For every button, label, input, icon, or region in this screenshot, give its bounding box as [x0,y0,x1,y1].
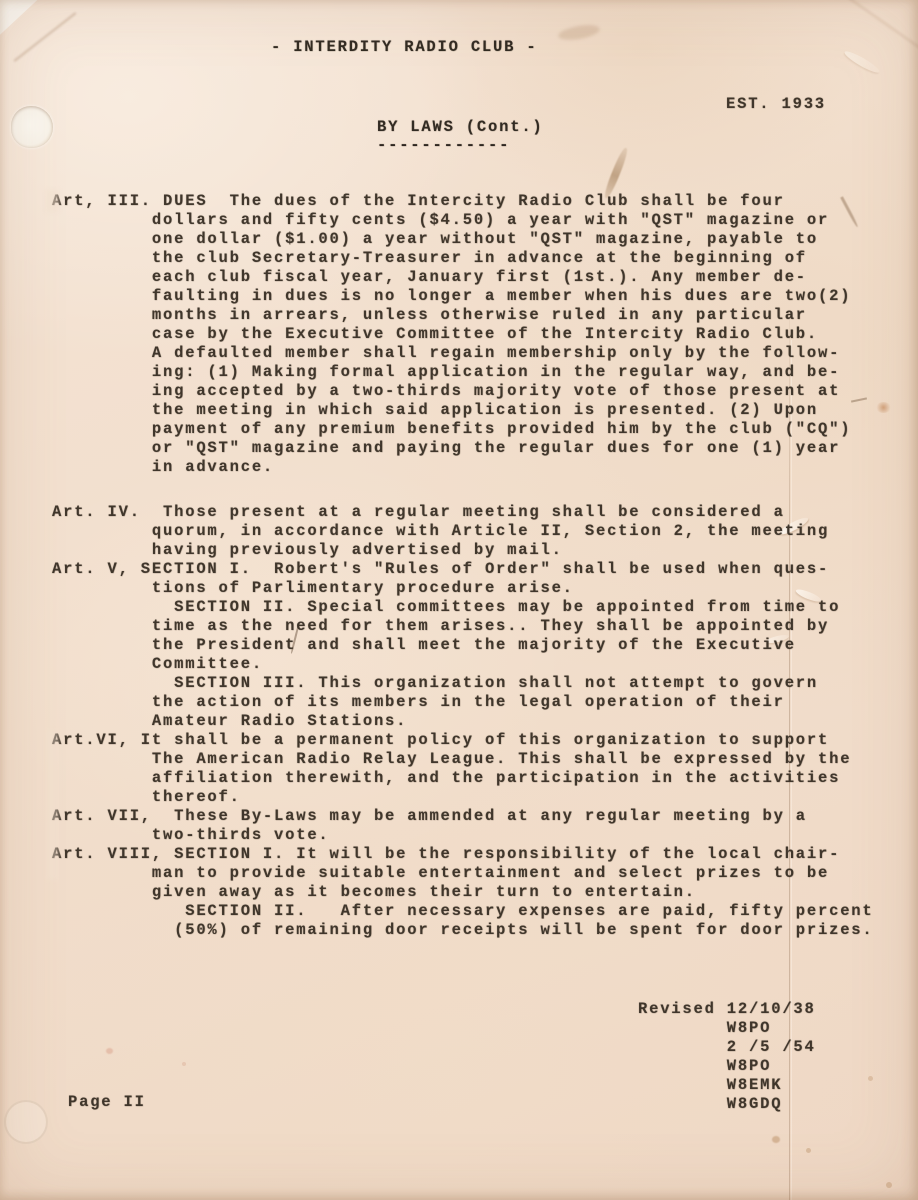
scanner-corner-background [0,0,45,45]
foxing-spot [772,1136,780,1143]
scanned-document-page: - INTERDITY RADIO CLUB - EST. 1933 BY LA… [0,0,918,1200]
paper-wrinkle [843,49,882,76]
foxing-spot [182,1062,186,1066]
established-year: EST. 1933 [726,95,826,114]
foxing-spot [106,1048,113,1054]
paper-stain [557,22,601,42]
bylaws-subtitle: BY LAWS (Cont.) [377,118,544,137]
rust-stain [876,402,891,413]
punch-hole [11,106,53,148]
foxing-spot [806,1148,811,1153]
article-viii-entertainment: Art. VIII, SECTION I. It will be the res… [52,845,874,940]
article-v-rules: Art. V, SECTION I. Robert's "Rules of Or… [52,560,874,731]
page-number: Page II [68,1093,146,1112]
foxing-spot [868,1076,873,1081]
faded-ink-patch [46,730,59,880]
foxing-spot [886,1182,892,1188]
article-vi-arrl: Art.VI, It shall be a permanent policy o… [52,731,874,807]
bylaws-body: Art, III. DUES The dues of the Intercity… [52,192,874,940]
corner-crease-mark [14,12,77,62]
punch-hole-faint [4,1100,48,1144]
club-title: - INTERDITY RADIO CLUB - [271,38,537,57]
subtitle-underline: ------------ [377,136,510,155]
article-vii-amendments: Art. VII, These By-Laws may be ammended … [52,807,874,845]
article-iv-quorum: Art. IV. Those present at a regular meet… [52,503,874,560]
faded-ink-patch [46,190,59,212]
article-iii-dues: Art, III. DUES The dues of the Intercity… [52,192,874,477]
revision-block: Revised 12/10/38 W8PO 2 /5 /54 W8PO W8EM… [638,1000,816,1114]
corner-crease-mark [847,0,918,61]
